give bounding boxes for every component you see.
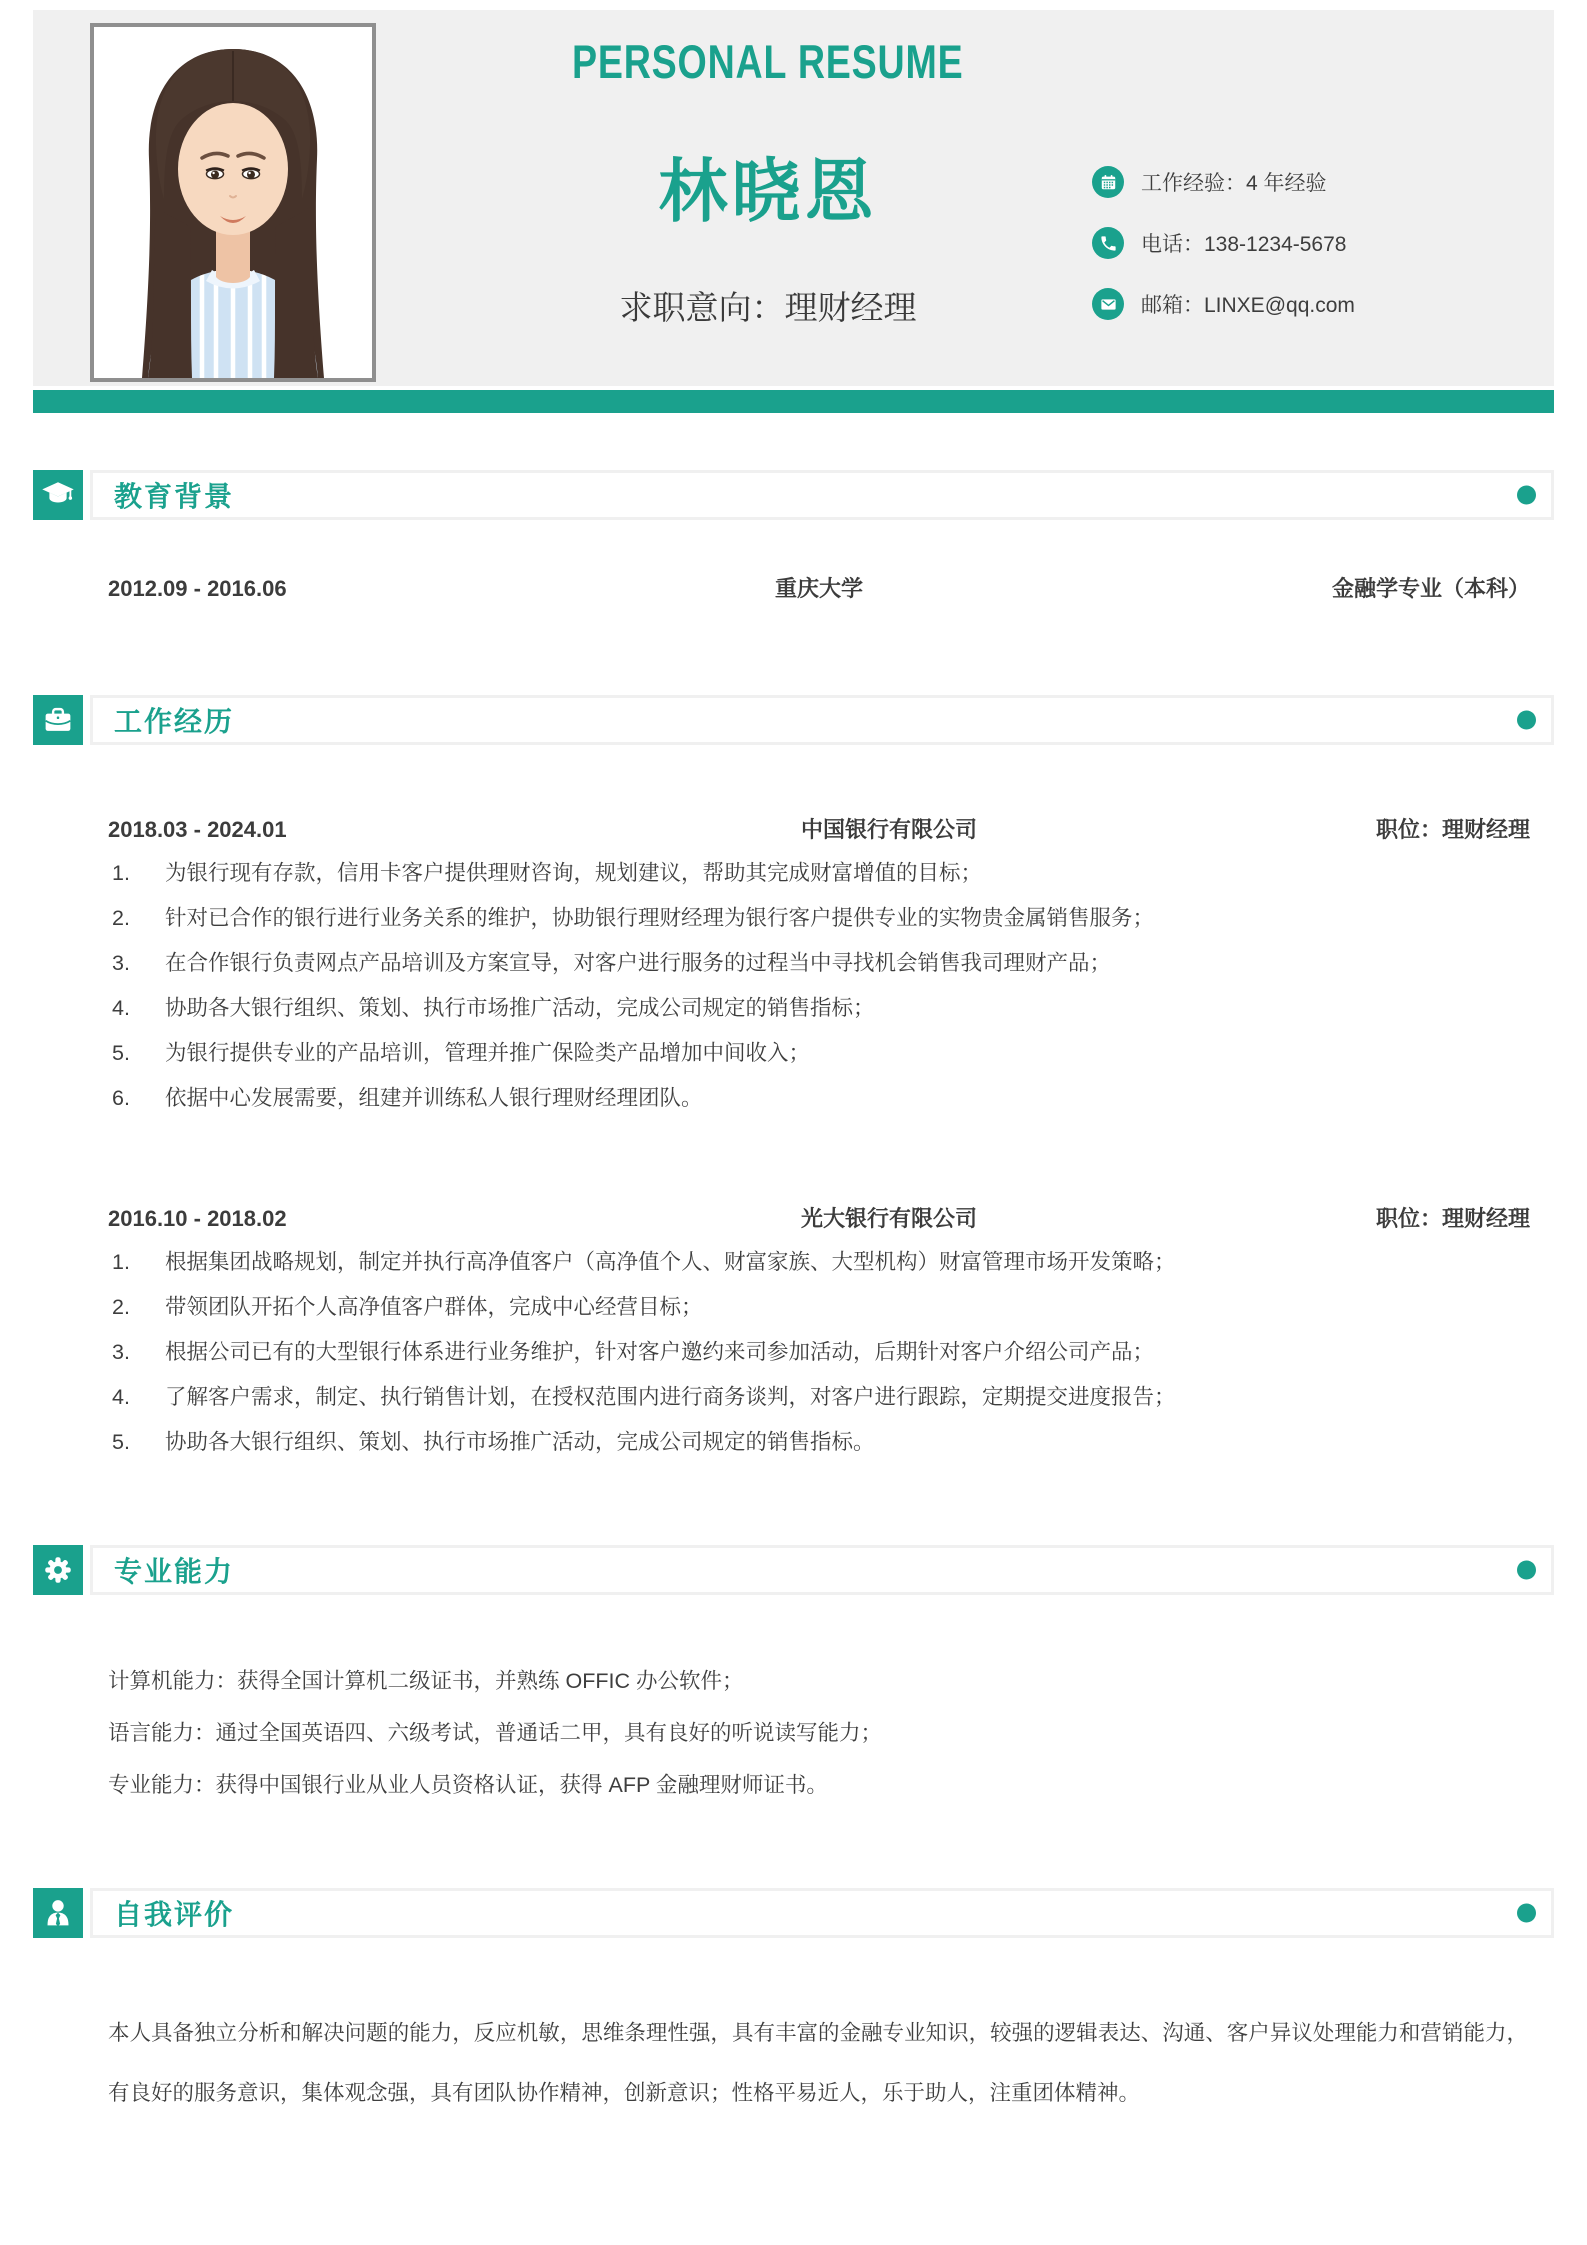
section-title: 专业能力 — [114, 1550, 234, 1590]
section-end-dot — [1517, 1561, 1536, 1580]
graduation-cap-icon — [33, 470, 83, 520]
phone-icon — [1092, 227, 1124, 259]
section-header-work: 工作经历 — [33, 695, 1554, 745]
duties-list: 为银行现有存款，信用卡客户提供理财咨询，规划建议，帮助其完成财富增值的目标； 针… — [33, 851, 1554, 1121]
education-row: 2012.09 - 2016.06 重庆大学 金融学专业（本科） — [33, 576, 1554, 602]
duty-item: 针对已合作的银行进行业务关系的维护，协助银行理财经理为银行客户提供专业的实物贵金… — [108, 896, 1530, 941]
job-heading: 2018.03 - 2024.01 中国银行有限公司 职位：理财经理 — [33, 817, 1554, 843]
resume-header: PERSONAL RESUME 林晓恩 求职意向：理财经理 — [33, 10, 1554, 386]
contact-list: 工作经验：4 年经验 电话：138-1234-5678 — [1092, 166, 1355, 349]
duty-item: 为银行提供专业的产品培训，管理并推广保险类产品增加中间收入； — [108, 1031, 1530, 1076]
section-title-bar: 工作经历 — [90, 695, 1554, 745]
section-title: 自我评价 — [114, 1893, 234, 1933]
evaluation-paragraph: 本人具备独立分析和解决问题的能力，反应机敏，思维条理性强，具有丰富的金融专业知识… — [33, 2003, 1554, 2123]
accent-divider-bar — [33, 390, 1554, 413]
skill-line: 专业能力：获得中国银行业从业人员资格认证，获得 AFP 金融理财师证书。 — [108, 1759, 1530, 1811]
phone-text: 电话：138-1234-5678 — [1141, 228, 1346, 258]
resume-page: PERSONAL RESUME 林晓恩 求职意向：理财经理 — [0, 0, 1587, 2245]
duty-item: 了解客户需求，制定、执行销售计划，在授权范围内进行商务谈判，对客户进行跟踪，定期… — [108, 1375, 1530, 1420]
email-text: 邮箱：LINXE@qq.com — [1141, 289, 1355, 319]
resume-title: PERSONAL RESUME — [383, 34, 1153, 89]
section-title-bar: 教育背景 — [90, 470, 1554, 520]
job-intention: 求职意向：理财经理 — [383, 290, 1153, 326]
section-header-education: 教育背景 — [33, 470, 1554, 520]
section-title-bar: 自我评价 — [90, 1888, 1554, 1938]
briefcase-icon — [33, 695, 83, 745]
duty-item: 协助各大银行组织、策划、执行市场推广活动，完成公司规定的销售指标。 — [108, 1420, 1530, 1465]
portrait-photo — [94, 27, 372, 378]
photo-frame — [90, 23, 376, 382]
duty-item: 根据集团战略规划，制定并执行高净值客户（高净值个人、财富家族、大型机构）财富管理… — [108, 1240, 1530, 1285]
job-period: 2018.03 - 2024.01 — [108, 817, 528, 843]
job-company: 中国银行有限公司 — [528, 817, 1250, 843]
contact-item-email: 邮箱：LINXE@qq.com — [1092, 288, 1355, 320]
experience-text: 工作经验：4 年经验 — [1141, 167, 1327, 197]
job-heading: 2016.10 - 2018.02 光大银行有限公司 职位：理财经理 — [33, 1206, 1554, 1232]
contact-item-phone: 电话：138-1234-5678 — [1092, 227, 1355, 259]
duty-item: 依据中心发展需要，组建并训练私人银行理财经理团队。 — [108, 1076, 1530, 1121]
duty-item: 协助各大银行组织、策划、执行市场推广活动，完成公司规定的销售指标； — [108, 986, 1530, 1031]
section-end-dot — [1517, 486, 1536, 505]
job-company: 光大银行有限公司 — [528, 1206, 1250, 1232]
section-end-dot — [1517, 711, 1536, 730]
education-major: 金融学专业（本科） — [1110, 576, 1530, 602]
duty-item: 为银行现有存款，信用卡客户提供理财咨询，规划建议，帮助其完成财富增值的目标； — [108, 851, 1530, 896]
section-header-evaluation: 自我评价 — [33, 1888, 1554, 1938]
duties-list: 根据集团战略规划，制定并执行高净值客户（高净值个人、财富家族、大型机构）财富管理… — [33, 1240, 1554, 1465]
person-icon — [33, 1888, 83, 1938]
section-title: 工作经历 — [114, 700, 234, 740]
gear-icon — [33, 1545, 83, 1595]
person-name: 林晓恩 — [383, 157, 1153, 226]
job-period: 2016.10 - 2018.02 — [108, 1206, 528, 1232]
contact-item-experience: 工作经验：4 年经验 — [1092, 166, 1355, 198]
skill-line: 计算机能力：获得全国计算机二级证书，并熟练 OFFIC 办公软件； — [108, 1655, 1530, 1707]
header-center: PERSONAL RESUME 林晓恩 求职意向：理财经理 — [383, 10, 1153, 386]
section-header-skills: 专业能力 — [33, 1545, 1554, 1595]
duty-item: 根据公司已有的大型银行体系进行业务维护，针对客户邀约来司参加活动，后期针对客户介… — [108, 1330, 1530, 1375]
skill-line: 语言能力：通过全国英语四、六级考试，普通话二甲，具有良好的听说读写能力； — [108, 1707, 1530, 1759]
skills-list: 计算机能力：获得全国计算机二级证书，并熟练 OFFIC 办公软件； 语言能力：通… — [33, 1655, 1554, 1811]
duty-item: 带领团队开拓个人高净值客户群体，完成中心经营目标； — [108, 1285, 1530, 1330]
section-end-dot — [1517, 1904, 1536, 1923]
resume-content: PERSONAL RESUME 林晓恩 求职意向：理财经理 — [33, 10, 1554, 2123]
duty-item: 在合作银行负责网点产品培训及方案宣导，对客户进行服务的过程当中寻找机会销售我司理… — [108, 941, 1530, 986]
education-period: 2012.09 - 2016.06 — [108, 576, 528, 602]
job-position: 职位：理财经理 — [1250, 817, 1530, 843]
section-title-bar: 专业能力 — [90, 1545, 1554, 1595]
job-position: 职位：理财经理 — [1250, 1206, 1530, 1232]
calendar-icon — [1092, 166, 1124, 198]
education-school: 重庆大学 — [528, 576, 1110, 602]
mail-icon — [1092, 288, 1124, 320]
section-title: 教育背景 — [114, 475, 234, 515]
